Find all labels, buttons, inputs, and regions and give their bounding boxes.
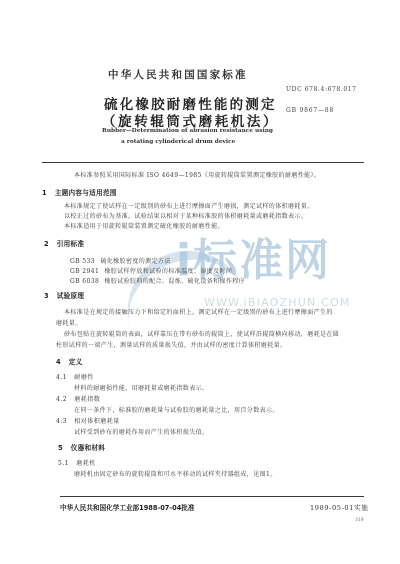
subsection-number: 5.1 xyxy=(58,460,69,467)
paragraph: 本标准适用于用旋转辊筒装置测定硫化橡胶的耐磨性能。 xyxy=(64,221,224,230)
reference-item: GB 533 硫化橡胶密度的测定方法 xyxy=(70,256,171,265)
paragraph: 本标准是在规定的接触压力下和给定的面积上，测定试样在一定级别的砂布上进行摩擦面产… xyxy=(64,307,333,316)
paragraph: 本标准规定了使试样在一定级别的砂布上进行摩擦面产生磨损，测定试样的体积磨耗量。 xyxy=(64,201,314,210)
footer-divider xyxy=(60,496,364,497)
header-divider xyxy=(42,162,364,163)
preface-text: 本标准参照采用国际标准 ISO 4649—1985《用旋转辊筒装置测定橡胶的耐磨… xyxy=(74,170,320,179)
document-subtitle: （旋转辊筒式磨耗机法） xyxy=(102,110,279,130)
section-3-heading: 3 试验原理 xyxy=(44,290,84,300)
subsection-title: 相对体积磨耗量 xyxy=(74,418,120,425)
section-5-heading: 5 仪器和材料 xyxy=(58,442,105,452)
section-number: 1 xyxy=(42,189,47,197)
approval-line: 中华人民共和国化学工业部1988-07-04批准 xyxy=(60,502,195,512)
reference-item: GB 6038 橡胶试验胶料的配合、混炼、硫化设备和操作程序 xyxy=(70,276,245,285)
section-number: 4 xyxy=(56,358,61,366)
paragraph: 柱形试样的一端产生，测量试样的质量损失值，并由试样的密度计算体积磨耗量。 xyxy=(56,340,286,349)
reference-code: GB 533 xyxy=(70,258,98,265)
paragraph: 砂布包贴在旋转辊筒的表面，试样靠压在带有砂布的辊筒上，使试样沿辊筒横向移动，磨耗… xyxy=(64,329,339,338)
section-title: 主题内容与适用范围 xyxy=(55,189,117,197)
udc-code: UDC 678.4:678.017 xyxy=(286,86,357,93)
reference-title: 橡胶试验胶料的配合、混炼、硫化设备和操作程序 xyxy=(104,278,245,285)
subsection-4-1-heading: 4.1 耐磨性 xyxy=(56,372,94,381)
subsection-number: 4.1 xyxy=(56,374,67,381)
reference-item: GB 2941 橡胶试样停放和试验的标准温度、湿度及时间 xyxy=(70,266,232,275)
reference-code: GB 2941 xyxy=(70,268,102,275)
reference-title: 硫化橡胶密度的测定方法 xyxy=(100,258,170,265)
subsection-4-3-heading: 4.3 相对体积磨耗量 xyxy=(56,416,120,425)
english-title-line2: a rotating cylinderical drum device xyxy=(121,139,235,145)
subsection-title: 磨耗指数 xyxy=(74,396,100,403)
reference-code: GB 6038 xyxy=(70,278,102,285)
section-title: 引用标准 xyxy=(57,240,85,248)
subsection-title: 耐磨性 xyxy=(74,374,94,381)
paragraph: 磨耗量。 xyxy=(56,318,82,327)
subsection-text: 磨耗机由固定砂布的旋转辊筒和可水平移动的试样夹持器组成，见图1。 xyxy=(74,469,277,478)
section-title: 试验原理 xyxy=(57,292,85,300)
subsection-number: 4.2 xyxy=(56,396,67,403)
section-2-heading: 2 引用标准 xyxy=(44,238,84,248)
subsection-text: 材料的耐磨损性能，用磨耗量或磨耗指数表示。 xyxy=(74,383,208,392)
section-title: 仪器和材料 xyxy=(71,444,105,452)
section-title: 定义 xyxy=(69,358,83,366)
english-title-line1: Rubber—Determination of abrasion resista… xyxy=(102,128,273,134)
national-standard-label: 中华人民共和国国家标准 xyxy=(108,67,248,82)
subsection-title: 磨耗机 xyxy=(76,460,96,467)
standard-number: GB 9867—88 xyxy=(286,107,334,114)
paragraph: 以校正过的砂布为基准，试验结果以相对于某种标准胶的体积磨耗量或磨耗指数表示。 xyxy=(64,211,307,220)
subsection-number: 4.3 xyxy=(56,418,67,425)
subsection-text: 在同一条件下，标准胶的磨耗量与试验胶的磨耗量之比，用百分数表示。 xyxy=(74,405,279,414)
subsection-5-1-heading: 5.1 磨耗机 xyxy=(58,458,96,467)
section-number: 5 xyxy=(58,444,63,452)
page-number: 319 xyxy=(355,518,364,523)
section-1-heading: 1 主题内容与适用范围 xyxy=(42,187,117,197)
section-number: 2 xyxy=(44,240,49,248)
subsection-4-2-heading: 4.2 磨耗指数 xyxy=(56,394,100,403)
reference-title: 橡胶试样停放和试验的标准温度、湿度及时间 xyxy=(104,268,232,275)
section-4-heading: 4 定义 xyxy=(56,356,82,366)
subsection-text: 试样受到砂布的磨耗作用而产生的体积损失值。 xyxy=(74,427,208,436)
implementation-date: 1989-05-01实施 xyxy=(310,502,368,512)
section-number: 3 xyxy=(44,292,49,300)
